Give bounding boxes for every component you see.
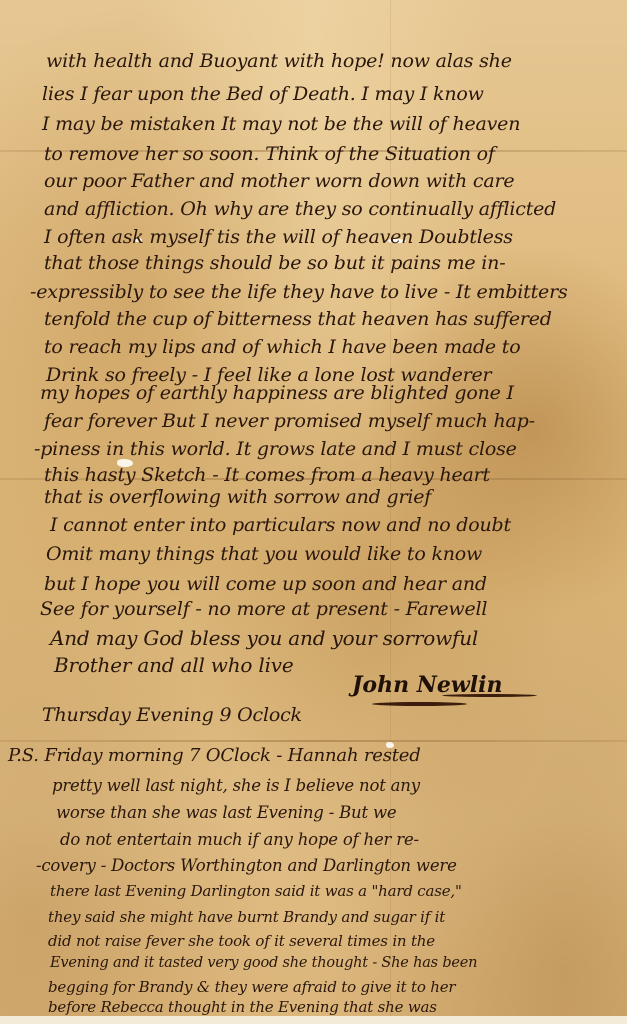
letter-line: I may be mistaken It may not be the will… [42,115,520,134]
letter-line: to remove her so soon. Think of the Situ… [44,145,495,164]
signature-flourish [372,702,467,706]
postscript-line: begging for Brandy & they were afraid to… [48,980,455,995]
paper-fold-line [0,740,627,742]
postscript-line: they said she might have burnt Brandy an… [48,910,445,925]
postscript-line: do not entertain much if any hope of her… [60,832,419,849]
letter-line: I cannot enter into particulars now and … [50,516,511,535]
letter-line: Brother and all who live [54,655,294,675]
letter-line: that those things should be so but it pa… [44,254,505,273]
letter-line: -piness in this world. It grows late and… [34,440,517,459]
letter-line: And may God bless you and your sorrowful [50,628,478,648]
letter-line: -expressibly to see the life they have t… [30,283,568,302]
letter-line: this hasty Sketch - It comes from a heav… [44,466,490,485]
letter-page: with health and Buoyant with hope! now a… [0,0,627,1024]
postscript-line: did not raise fever she took of it sever… [48,934,435,949]
postscript-line: pretty well last night, she is I believe… [52,778,420,795]
signature-flourish [442,694,537,697]
postscript-line: worse than she was last Evening - But we [56,805,396,822]
letter-line: tenfold the cup of bitterness that heave… [44,310,552,329]
letter-line: but I hope you will come up soon and hea… [44,575,487,594]
letter-line: and affliction. Oh why are they so conti… [44,200,556,219]
letter-line: with health and Buoyant with hope! now a… [46,52,512,71]
letter-line: fear forever But I never promised myself… [44,412,535,431]
letter-line: Omit many things that you would like to … [46,545,482,564]
postscript-line: -covery - Doctors Worthington and Darlin… [36,858,457,875]
dateline: Thursday Evening 9 Oclock [42,706,302,725]
postscript-line: there last Evening Darlington said it wa… [50,884,462,899]
letter-line: lies I fear upon the Bed of Death. I may… [42,85,484,104]
letter-line: my hopes of earthly happiness are blight… [40,384,514,403]
postscript-line: Evening and it tasted very good she thou… [50,956,477,971]
page-edge [0,1016,627,1024]
letter-line: that is overflowing with sorrow and grie… [44,488,431,507]
letter-line: our poor Father and mother worn down wit… [44,172,514,191]
postscript-line: P.S. Friday morning 7 OClock - Hannah re… [8,747,421,765]
letter-line: to reach my lips and of which I have bee… [44,338,520,357]
postscript-line: before Rebecca thought in the Evening th… [48,1000,437,1015]
letter-line: See for yourself - no more at present - … [40,600,487,619]
letter-line: I often ask myself tis the will of heave… [44,228,513,247]
